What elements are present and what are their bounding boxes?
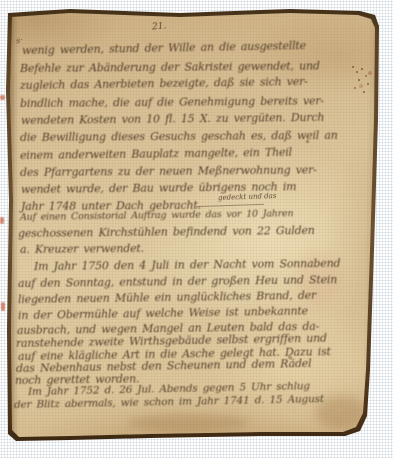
manuscript-line: liegenden neuen Mühle ein unglückliches … [18, 289, 316, 306]
manuscript-line: Befehle zur Abänderung der Sakristei gew… [20, 59, 320, 75]
bottom-center-stain [128, 414, 248, 432]
manuscript-line: geschossenen Kirchstühlen befindend von … [18, 224, 315, 240]
margin-red-mark [0, 95, 5, 100]
manuscript-line: wendet wurde, der Bau wurde übrigens noc… [21, 180, 297, 196]
interlinear-insertion-note: gedeckt und das [218, 192, 277, 202]
manuscript-line: Jahr 1748 unter Dach gebracht. [21, 199, 201, 213]
manuscript-line: Im Jahr 1750 den 4 Juli in der Nacht vom… [34, 257, 340, 273]
margin-red-mark [1, 302, 5, 311]
corner-scribble-mark: s· [15, 35, 23, 45]
manuscript-line: wenig werden, stund der Wille an die aus… [22, 39, 306, 57]
manuscript-line: Im Jahr 1752 d. 26 Jul. Abends gegen 5 U… [28, 380, 310, 398]
manuscript-page: 21. s· wenig werden, stund der Wille an … [0, 0, 393, 458]
manuscript-line: der Blitz abermals, wie schon im Jahr 17… [14, 393, 324, 411]
insertion-caret-line [196, 204, 264, 207]
manuscript-line: Auf einen Consistorial Auftrag wurde das… [20, 208, 294, 223]
manuscript-line: a. Kreuzer verwendet. [20, 242, 144, 256]
manuscript-line: zugleich das Anerbieten bezeigte, daß si… [20, 75, 308, 92]
manuscript-line: ranstehende zweite Wirthsgebäude selbst … [16, 332, 327, 350]
manuscript-line: bindlich mache, die auf die Genehmigung … [20, 94, 324, 110]
scanned-photo-background: 21. s· wenig werden, stund der Wille an … [0, 0, 393, 458]
manuscript-line: wendeten Kosten von 10 fl. 15 X. zu verg… [21, 111, 324, 127]
paper-speck [288, 356, 292, 359]
manuscript-line: das Nebenhaus nebst den Scheunen und dem… [16, 357, 312, 375]
mid-right-stain [298, 252, 340, 306]
manuscript-line: auf eine klägliche Art in die Asche gele… [18, 345, 331, 363]
manuscript-line: die Bewilligung dieses Gesuchs geschah e… [20, 129, 338, 144]
paper-speck [306, 140, 309, 143]
manuscript-line: noch gerettet worden. [15, 372, 139, 387]
manuscript-line: des Pfarrgartens zu der neuen Meßnerwohn… [20, 163, 317, 179]
manuscript-line: ausbrach, und wegen Mangel an Leuten bal… [17, 320, 319, 337]
ink-speckle-stain [352, 66, 354, 68]
margin-red-mark [0, 217, 4, 224]
page-number: 21. [152, 22, 167, 33]
manuscript-line: einem anderweiten Bauplatz mangelte, ein… [20, 146, 292, 162]
manuscript-line: auf den Sonntag, entstund in der großen … [18, 273, 337, 290]
manuscript-line: in der Obermühle auf welche Weise ist un… [18, 304, 308, 322]
